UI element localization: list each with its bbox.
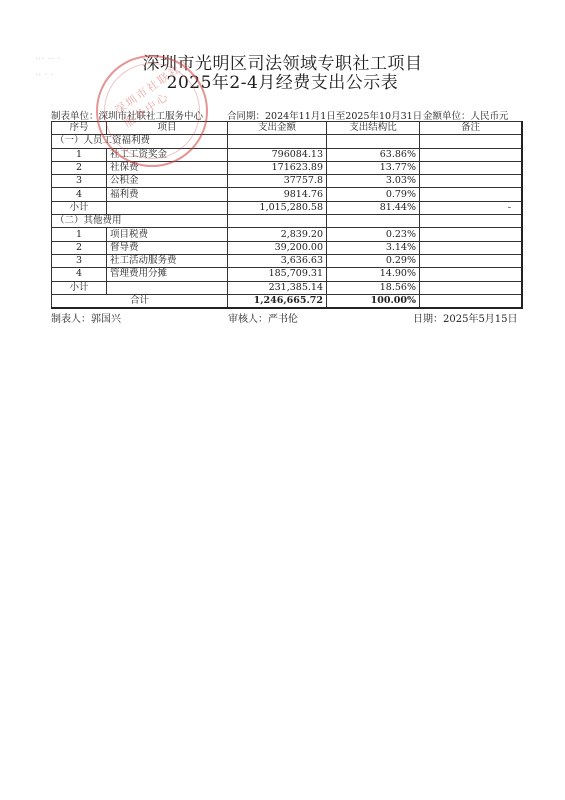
cell-item: 项目税费 bbox=[107, 228, 228, 241]
cell-amount: 2,839.20 bbox=[228, 228, 327, 241]
cell-remarks bbox=[420, 241, 523, 254]
subtotal-remarks: - bbox=[420, 201, 523, 214]
cell-amount: 37757.8 bbox=[228, 175, 327, 188]
cell-ratio: 14.90% bbox=[327, 268, 420, 281]
reviewed-by: 审核人：严书伦 bbox=[228, 310, 298, 325]
cell-amount: 796084.13 bbox=[228, 148, 327, 161]
cell-item: 社工活动服务费 bbox=[107, 254, 228, 267]
cell-seq: 1 bbox=[52, 148, 107, 161]
currency-unit: 金额单位：人民币元 bbox=[423, 108, 509, 122]
subtotal-amount: 1,015,280.58 bbox=[228, 201, 327, 214]
cell-remarks bbox=[420, 175, 523, 188]
total-remarks bbox=[420, 294, 523, 308]
table-header-row: 序号 项目 支出金额 支出结构比 备注 bbox=[52, 122, 523, 135]
table-row: 2 督导费 39,200.00 3.14% bbox=[52, 241, 523, 254]
cell-item: 督导费 bbox=[107, 241, 228, 254]
subtotal-amount: 231,385.14 bbox=[228, 281, 327, 294]
empty-cell bbox=[107, 281, 228, 294]
cell-amount: 39,200.00 bbox=[228, 241, 327, 254]
subtotal-label: 小计 bbox=[52, 201, 107, 214]
total-amount: 1,246,665.72 bbox=[228, 294, 327, 308]
subtotal-remarks bbox=[420, 281, 523, 294]
cell-seq: 4 bbox=[52, 268, 107, 281]
section-label: （一）人员工资福利费 bbox=[52, 135, 228, 148]
cell-ratio: 0.79% bbox=[327, 188, 420, 201]
subtotal-row: 小计 1,015,280.58 81.44% - bbox=[52, 201, 523, 214]
document-date: 日期：2025年5月15日 bbox=[413, 310, 518, 325]
empty-cell bbox=[420, 215, 523, 228]
empty-cell bbox=[228, 135, 327, 148]
prepared-by-unit: 制表单位：深圳市社联社工服务中心 bbox=[51, 108, 203, 122]
cell-item: 社工工资奖金 bbox=[107, 148, 228, 161]
empty-cell bbox=[327, 215, 420, 228]
cell-remarks bbox=[420, 228, 523, 241]
empty-cell bbox=[228, 215, 327, 228]
cell-item: 福利费 bbox=[107, 188, 228, 201]
cell-remarks bbox=[420, 188, 523, 201]
total-row: 合计 1,246,665.72 100.00% bbox=[52, 294, 523, 308]
cell-amount: 3,636.63 bbox=[228, 254, 327, 267]
table-row: 4 管理费用分摊 185,709.31 14.90% bbox=[52, 268, 523, 281]
cell-remarks bbox=[420, 161, 523, 174]
header-remarks: 备注 bbox=[420, 122, 523, 135]
subtotal-ratio: 18.56% bbox=[327, 281, 420, 294]
cell-seq: 3 bbox=[52, 254, 107, 267]
cell-remarks bbox=[420, 268, 523, 281]
table-row: 1 项目税费 2,839.20 0.23% bbox=[52, 228, 523, 241]
total-label: 合计 bbox=[52, 294, 228, 308]
cell-ratio: 3.14% bbox=[327, 241, 420, 254]
cell-seq: 2 bbox=[52, 241, 107, 254]
cell-remarks bbox=[420, 148, 523, 161]
header-seq: 序号 bbox=[52, 122, 107, 135]
cell-seq: 3 bbox=[52, 175, 107, 188]
cell-ratio: 13.77% bbox=[327, 161, 420, 174]
total-ratio: 100.00% bbox=[327, 294, 420, 308]
contract-period: 合同期：2024年11月1日至2025年10月31日 bbox=[227, 108, 422, 122]
cell-seq: 1 bbox=[52, 228, 107, 241]
expense-table: 序号 项目 支出金额 支出结构比 备注 （一）人员工资福利费 1 社工工资奖金 … bbox=[51, 121, 523, 309]
table-row: 2 社保费 171623.89 13.77% bbox=[52, 161, 523, 174]
cell-amount: 171623.89 bbox=[228, 161, 327, 174]
header-amount: 支出金额 bbox=[228, 122, 327, 135]
empty-cell bbox=[107, 201, 228, 214]
cell-amount: 185,709.31 bbox=[228, 268, 327, 281]
prepared-by: 制表人：郭国兴 bbox=[51, 310, 121, 325]
cell-ratio: 0.23% bbox=[327, 228, 420, 241]
subtotal-row: 小计 231,385.14 18.56% bbox=[52, 281, 523, 294]
table-row: 4 福利费 9814.76 0.79% bbox=[52, 188, 523, 201]
section-label: （二）其他费用 bbox=[52, 215, 228, 228]
empty-cell bbox=[327, 135, 420, 148]
cell-remarks bbox=[420, 254, 523, 267]
cell-ratio: 0.29% bbox=[327, 254, 420, 267]
cell-amount: 9814.76 bbox=[228, 188, 327, 201]
section-row: （二）其他费用 bbox=[52, 215, 523, 228]
empty-cell bbox=[420, 135, 523, 148]
table-row: 3 公积金 37757.8 3.03% bbox=[52, 175, 523, 188]
cell-seq: 4 bbox=[52, 188, 107, 201]
cell-ratio: 3.03% bbox=[327, 175, 420, 188]
section-row: （一）人员工资福利费 bbox=[52, 135, 523, 148]
cell-item: 社保费 bbox=[107, 161, 228, 174]
document-subtitle: 2025年2-4月经费支出公示表 bbox=[0, 68, 565, 93]
subtotal-label: 小计 bbox=[52, 281, 107, 294]
cell-seq: 2 bbox=[52, 161, 107, 174]
table-row: 3 社工活动服务费 3,636.63 0.29% bbox=[52, 254, 523, 267]
header-ratio: 支出结构比 bbox=[327, 122, 420, 135]
subtotal-ratio: 81.44% bbox=[327, 201, 420, 214]
cell-item: 管理费用分摊 bbox=[107, 268, 228, 281]
header-item: 项目 bbox=[107, 122, 228, 135]
cell-ratio: 63.86% bbox=[327, 148, 420, 161]
table-row: 1 社工工资奖金 796084.13 63.86% bbox=[52, 148, 523, 161]
cell-item: 公积金 bbox=[107, 175, 228, 188]
